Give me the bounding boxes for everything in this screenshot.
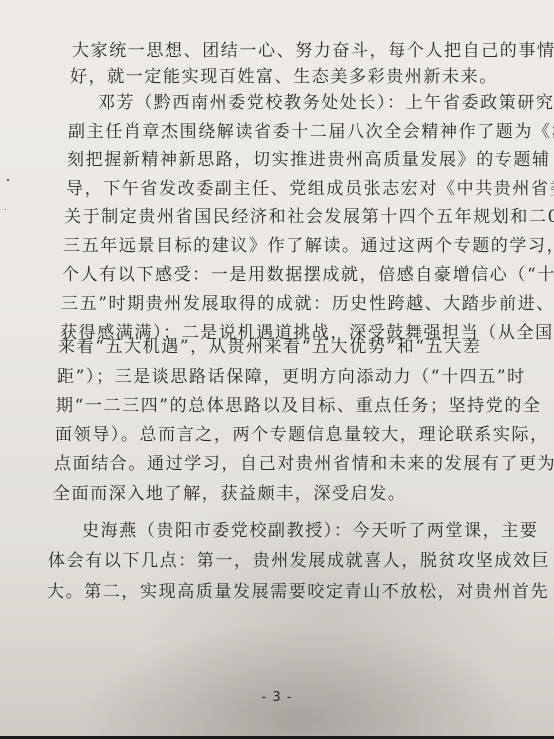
stray-mark — [5, 209, 6, 210]
text-line: 副主任肖章杰围绕解读省委十二届八次全会精神作了题为《深 — [68, 117, 554, 142]
text-line: 关于制定贵州省国民经济和社会发展第十四个五年规划和二0 — [64, 202, 554, 227]
text-line: 邓芳（黔西南州委党校教务处处长）：上午省委政策研究室 — [98, 88, 554, 113]
text-line: 全面而深入地了解，获益颇丰，深受启发。 — [53, 479, 406, 504]
text-line: 期“一二三四”的总体思路以及目标、重点任务；坚持党的全 — [56, 391, 542, 416]
document-page: 大家统一思想、团结一心、努力奋斗，每个人把自己的事情做 好，就一定能实现百姓富、… — [0, 0, 554, 736]
text-line: 三五”时期贵州发展取得的成就：历史性跨越、大踏步前进、 — [61, 289, 554, 314]
text-line: 三五年远景目标的建议》作了解读。通过这两个专题的学习， — [63, 231, 554, 256]
text-line: 好，就一定能实现百姓富、生态美多彩贵州新未来。 — [70, 62, 498, 87]
text-line: 来看“五大机遇”，从贵州来看“五大优势”和“五大差 — [58, 332, 481, 357]
text-line: 个人有以下感受：一是用数据摆成就，倍感自豪增信心（“十 — [62, 260, 554, 285]
text-line: 大家统一思想、团结一心、努力奋斗，每个人把自己的事情做 — [72, 36, 554, 61]
text-line: 体会有以下几点：第一，贵州发展成就喜人，脱贫攻坚成效巨 — [48, 546, 550, 571]
text-line: 点面结合。通过学习，自己对贵州省情和未来的发展有了更为 — [54, 449, 554, 474]
text-line: 导，下午省发改委副主任、党组成员张志宏对《中共贵州省委 — [66, 174, 554, 199]
page-number: - 3 - — [0, 690, 554, 705]
text-line: 距”）；三是谈思路话保障，更明方向添动力（“十四五”时 — [57, 362, 526, 387]
text-line: 面领导）。总而言之，两个专题信息量较大，理论联系实际， — [55, 420, 549, 445]
text-line: 刻把握新精神新思路，切实推进贵州高质量发展》的专题辅 — [67, 145, 551, 170]
stray-mark — [7, 179, 9, 181]
text-line: 史海燕（贵阳市委党校副教授）：今天听了两堂课，主要 — [82, 516, 539, 541]
text-line: 大。第二，实现高质量发展需要咬定青山不放松，对贵州首先 — [47, 577, 549, 602]
